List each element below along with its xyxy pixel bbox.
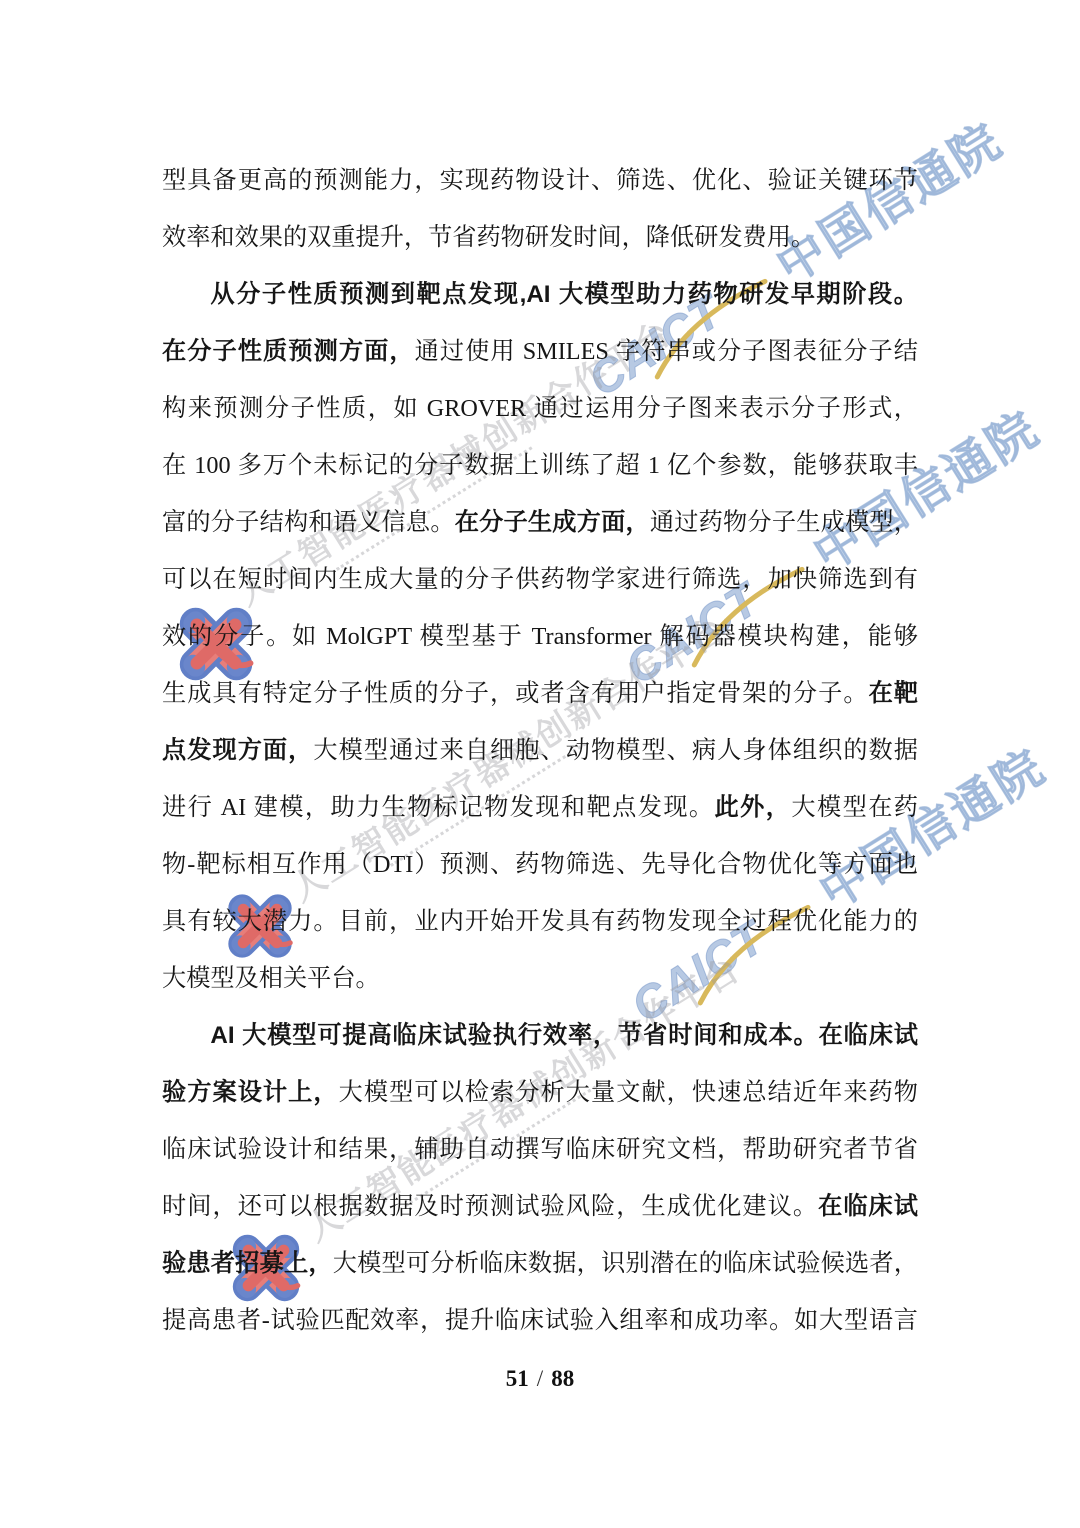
text-segment: 进行 AI 建模，助力生物标记物发现和靶点发现。 <box>162 794 715 821</box>
text-segment: 通过使用 SMILES 字符串或分子图表征分子结 <box>415 338 918 365</box>
text-segment: 效率和效果的双重提升，节省药物研发时间，降低研发费用。 <box>162 224 815 251</box>
text-segment: 大模型可以检索分析大量文献，快速总结近年来药物 <box>339 1079 918 1106</box>
text-line: 物-靶标相互作用（DTI）预测、药物筛选、先导化合物优化等方面也 <box>162 836 918 893</box>
text-line: 验患者招募上，大模型可分析临床数据，识别潜在的临床试验候选者， <box>162 1235 918 1292</box>
text-line: 在分子性质预测方面，通过使用 SMILES 字符串或分子图表征分子结 <box>162 323 918 380</box>
text-line: 进行 AI 建模，助力生物标记物发现和靶点发现。此外，大模型在药 <box>162 779 918 836</box>
text-line: 点发现方面，大模型通过来自细胞、动物模型、病人身体组织的数据 <box>162 722 918 779</box>
bold-text-segment: 在靶 <box>869 680 918 707</box>
text-line: 验方案设计上，大模型可以检索分析大量文献，快速总结近年来药物 <box>162 1064 918 1121</box>
text-segment: 时间，还可以根据数据及时预测试验风险，生成优化建议。 <box>162 1193 818 1220</box>
text-line: 效率和效果的双重提升，节省药物研发时间，降低研发费用。 <box>162 209 918 266</box>
document-page: { "document": { "lines": [ {"ind":false,… <box>0 0 1080 1528</box>
page-separator: / <box>537 1366 543 1391</box>
bold-text-segment: 从分子性质预测到靶点发现,AI 大模型助力药物研发早期阶段。 <box>210 281 918 308</box>
text-segment: 在 100 多万个未标记的分子数据上训练了超 1 亿个参数，能够获取丰 <box>162 452 918 479</box>
text-line: 富的分子结构和语义信息。在分子生成方面，通过药物分子生成模型， <box>162 494 918 551</box>
text-segment: 可以在短时间内生成大量的分子供药物学家进行筛选，加快筛选到有 <box>162 566 918 593</box>
page-footer: 51/88 <box>0 1366 1080 1392</box>
bold-text-segment: 点发现方面， <box>162 737 313 764</box>
text-line: 时间，还可以根据数据及时预测试验风险，生成优化建议。在临床试 <box>162 1178 918 1235</box>
text-line: 生成具有特定分子性质的分子，或者含有用户指定骨架的分子。在靶 <box>162 665 918 722</box>
text-line: AI 大模型可提高临床试验执行效率，节省时间和成本。在临床试 <box>162 1007 918 1064</box>
text-line: 在 100 多万个未标记的分子数据上训练了超 1 亿个参数，能够获取丰 <box>162 437 918 494</box>
text-segment: 具有较大潜力。目前，业内开始开发具有药物发现全过程优化能力的 <box>162 908 918 935</box>
text-segment: 通过药物分子生成模型， <box>650 509 918 536</box>
text-segment: 大模型在药 <box>791 794 918 821</box>
bold-text-segment: 在临床试 <box>818 1193 918 1220</box>
text-segment: 提高患者-试验匹配效率，提升临床试验入组率和成功率。如大型语言 <box>162 1307 918 1334</box>
bold-text-segment: 验方案设计上， <box>162 1079 339 1106</box>
text-segment: 型具备更高的预测能力，实现药物设计、筛选、优化、验证关键环节 <box>162 167 918 194</box>
text-segment: 大模型及相关平台。 <box>162 965 380 992</box>
page-body-text: 型具备更高的预测能力，实现药物设计、筛选、优化、验证关键环节效率和效果的双重提升… <box>162 152 918 1349</box>
text-line: 型具备更高的预测能力，实现药物设计、筛选、优化、验证关键环节 <box>162 152 918 209</box>
bold-text-segment: 此外， <box>715 794 792 821</box>
text-line: 大模型及相关平台。 <box>162 950 918 1007</box>
page-number: 51 <box>506 1366 529 1391</box>
text-line: 构来预测分子性质，如 GROVER 通过运用分子图来表示分子形式， <box>162 380 918 437</box>
bold-text-segment: AI 大模型可提高临床试验执行效率，节省时间和成本。在临床试 <box>210 1022 918 1049</box>
text-segment: 临床试验设计和结果，辅助自动撰写临床研究文档，帮助研究者节省 <box>162 1136 918 1163</box>
text-segment: 生成具有特定分子性质的分子，或者含有用户指定骨架的分子。 <box>162 680 869 707</box>
text-segment: 大模型可分析临床数据，识别潜在的临床试验候选者， <box>333 1250 918 1277</box>
text-segment: 富的分子结构和语义信息。 <box>162 509 455 536</box>
text-line: 提高患者-试验匹配效率，提升临床试验入组率和成功率。如大型语言 <box>162 1292 918 1349</box>
text-line: 效的分子。如 MolGPT 模型基于 Transformer 解码器模块构建，能… <box>162 608 918 665</box>
text-line: 具有较大潜力。目前，业内开始开发具有药物发现全过程优化能力的 <box>162 893 918 950</box>
bold-text-segment: 在分子性质预测方面， <box>162 338 415 365</box>
bold-text-segment: 验患者招募上， <box>162 1250 333 1277</box>
text-line: 从分子性质预测到靶点发现,AI 大模型助力药物研发早期阶段。 <box>162 266 918 323</box>
text-segment: 大模型通过来自细胞、动物模型、病人身体组织的数据 <box>313 737 918 764</box>
bold-text-segment: 在分子生成方面， <box>455 509 650 536</box>
text-segment: 物-靶标相互作用（DTI）预测、药物筛选、先导化合物优化等方面也 <box>162 851 918 878</box>
text-segment: 构来预测分子性质，如 GROVER 通过运用分子图来表示分子形式， <box>162 395 918 422</box>
total-pages: 88 <box>551 1366 574 1391</box>
text-segment: 效的分子。如 MolGPT 模型基于 Transformer 解码器模块构建，能… <box>162 623 918 650</box>
text-line: 可以在短时间内生成大量的分子供药物学家进行筛选，加快筛选到有 <box>162 551 918 608</box>
text-line: 临床试验设计和结果，辅助自动撰写临床研究文档，帮助研究者节省 <box>162 1121 918 1178</box>
